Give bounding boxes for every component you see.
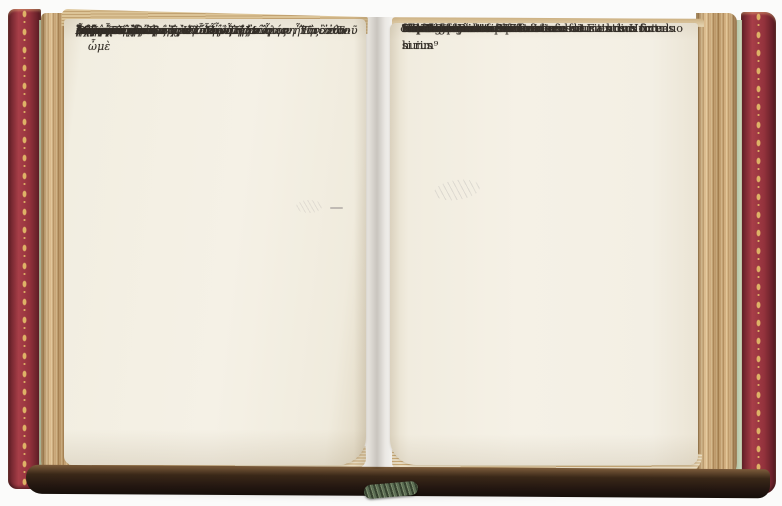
photo-stage: Ὑποτακτικὸν Ἐὰν ὦ ἦς ἦ. ἐὰν ἦτον ἦτον. ἐ… [0, 0, 782, 506]
pencil-dash-mark [330, 207, 343, 209]
right-fore-edge-gilt-pages [696, 13, 737, 481]
left-page [64, 19, 366, 465]
gutter-shadow [354, 17, 400, 469]
right-page [390, 23, 698, 465]
text-line: dicamus. [406, 21, 456, 38]
text-line: λέγωμεν. [76, 23, 129, 39]
pencil-annotation [296, 200, 322, 213]
right-cover-gilt-edge [741, 12, 776, 494]
left-cover-gilt-edge [8, 9, 41, 489]
